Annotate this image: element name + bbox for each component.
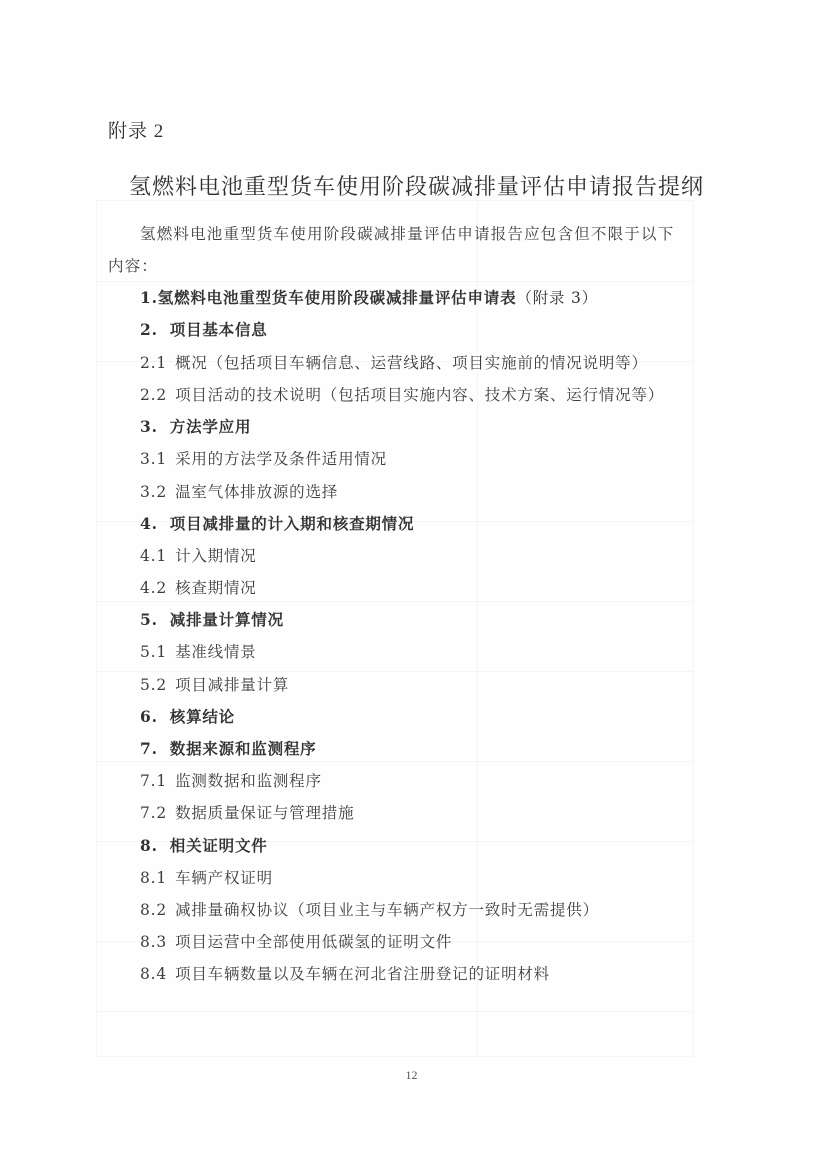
outline-item-2-1: 2.1概况（包括项目车辆信息、运营线路、项目实施前的情况说明等） <box>140 351 648 373</box>
outline-text: 监测数据和监测程序 <box>175 772 322 790</box>
outline-text: 方法学应用 <box>170 417 252 436</box>
outline-number: 5. <box>140 610 158 629</box>
document-page: 附录 2 氢燃料电池重型货车使用阶段碳减排量评估申请报告提纲 氢燃料电池重型货车… <box>0 0 817 1174</box>
outline-text: 氢燃料电池重型货车使用阶段碳减排量评估申请表 <box>158 288 517 307</box>
outline-item-2-2: 2.2项目活动的技术说明（包括项目实施内容、技术方案、运行情况等） <box>140 383 664 405</box>
outline-number: 7.2 <box>140 804 167 822</box>
outline-item-3-2: 3.2温室气体排放源的选择 <box>140 480 338 502</box>
outline-item-5-1: 5.1基准线情景 <box>140 640 257 662</box>
outline-text: 项目车辆数量以及车辆在河北省注册登记的证明材料 <box>175 965 550 983</box>
outline-number: 3.2 <box>140 483 167 501</box>
outline-number: 4. <box>140 514 158 533</box>
outline-note: （附录 3） <box>516 289 598 307</box>
outline-number: 7.1 <box>140 772 167 790</box>
outline-number: 8.2 <box>140 901 167 919</box>
outline-text: 减排量计算情况 <box>170 610 284 629</box>
outline-item-4: 4.项目减排量的计入期和核查期情况 <box>140 512 414 534</box>
outline-item-4-1: 4.1计入期情况 <box>140 544 257 566</box>
outline-item-8-3: 8.3项目运营中全部使用低碳氢的证明文件 <box>140 930 452 952</box>
outline-number: 8.1 <box>140 869 167 887</box>
outline-number: 2.1 <box>140 354 167 372</box>
outline-text: 项目运营中全部使用低碳氢的证明文件 <box>175 933 452 951</box>
outline-number: 7. <box>140 739 158 758</box>
outline-text: 项目减排量计算 <box>175 676 289 694</box>
outline-item-5: 5.减排量计算情况 <box>140 608 284 630</box>
outline-text: 基准线情景 <box>175 643 257 661</box>
outline-item-8: 8.相关证明文件 <box>140 834 268 856</box>
outline-item-5-2: 5.2项目减排量计算 <box>140 673 289 695</box>
page-number: 12 <box>0 1068 817 1083</box>
outline-text: 温室气体排放源的选择 <box>175 483 338 501</box>
outline-number: 5.1 <box>140 643 167 661</box>
outline-number: 6. <box>140 707 158 726</box>
outline-text: 项目基本信息 <box>170 320 268 339</box>
outline-number: 2.2 <box>140 386 167 404</box>
outline-text: 项目活动的技术说明（包括项目实施内容、技术方案、运行情况等） <box>175 386 664 404</box>
outline-item-6: 6.核算结论 <box>140 705 235 727</box>
outline-number: 8.3 <box>140 933 167 951</box>
outline-text: 计入期情况 <box>175 547 257 565</box>
outline-text: 项目减排量的计入期和核查期情况 <box>170 514 415 533</box>
outline-item-8-4: 8.4项目车辆数量以及车辆在河北省注册登记的证明材料 <box>140 962 550 984</box>
outline-number: 3. <box>140 417 158 436</box>
outline-item-8-2: 8.2减排量确权协议（项目业主与车辆产权方一致时无需提供） <box>140 898 599 920</box>
outline-text: 核查期情况 <box>175 579 257 597</box>
outline-text: 核算结论 <box>170 707 235 726</box>
outline-number: 8. <box>140 836 158 855</box>
outline-item-7: 7.数据来源和监测程序 <box>140 737 316 759</box>
outline-item-2: 2.项目基本信息 <box>140 318 268 340</box>
outline-number: 4.2 <box>140 579 167 597</box>
outline-text: 减排量确权协议（项目业主与车辆产权方一致时无需提供） <box>175 901 599 919</box>
outline-number: 3.1 <box>140 450 167 468</box>
outline-item-7-1: 7.1监测数据和监测程序 <box>140 769 322 791</box>
outline-number: 8.4 <box>140 965 167 983</box>
outline-text: 数据来源和监测程序 <box>170 739 317 758</box>
intro-paragraph: 氢燃料电池重型货车使用阶段碳减排量评估申请报告应包含但不限于以下内容： <box>108 218 688 282</box>
outline-number: 1. <box>140 288 158 307</box>
outline-item-4-2: 4.2核查期情况 <box>140 576 257 598</box>
document-title: 氢燃料电池重型货车使用阶段碳减排量评估申请报告提纲 <box>0 170 817 201</box>
outline-number: 5.2 <box>140 676 167 694</box>
outline-item-3-1: 3.1采用的方法学及条件适用情况 <box>140 447 387 469</box>
outline-item-1: 1.氢燃料电池重型货车使用阶段碳减排量评估申请表（附录 3） <box>140 286 598 308</box>
appendix-label: 附录 2 <box>108 116 164 143</box>
outline-text: 采用的方法学及条件适用情况 <box>175 450 387 468</box>
outline-text: 概况（包括项目车辆信息、运营线路、项目实施前的情况说明等） <box>175 354 648 372</box>
outline-text: 数据质量保证与管理措施 <box>175 804 354 822</box>
outline-item-3: 3.方法学应用 <box>140 415 251 437</box>
outline-text: 相关证明文件 <box>170 836 268 855</box>
outline-item-7-2: 7.2数据质量保证与管理措施 <box>140 801 354 823</box>
outline-number: 2. <box>140 320 158 339</box>
outline-text: 车辆产权证明 <box>175 869 273 887</box>
outline-number: 4.1 <box>140 547 167 565</box>
outline-item-8-1: 8.1车辆产权证明 <box>140 866 273 888</box>
